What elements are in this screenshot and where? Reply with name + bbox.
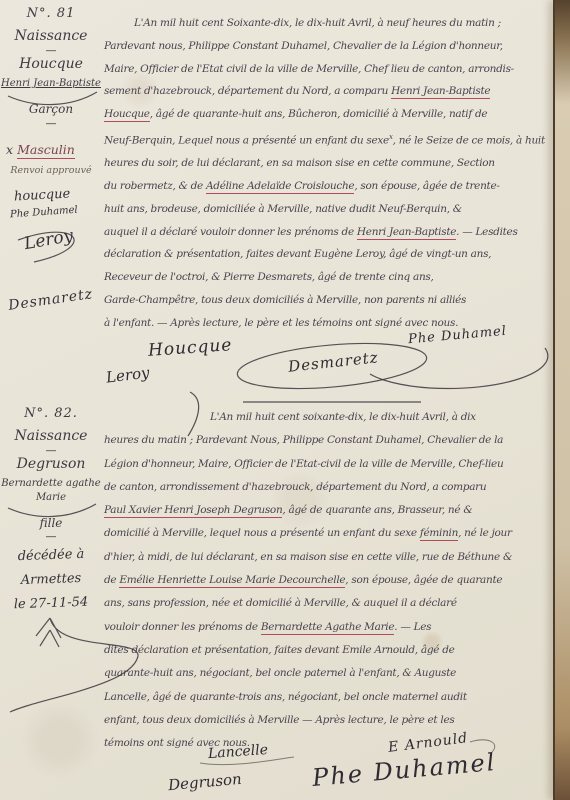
dash-separator: —	[0, 48, 102, 54]
register-page: N°. 81 Naissance — Houcque Henri Jean-Ba…	[0, 0, 570, 800]
signature-desmaretz: Desmaretz	[287, 348, 379, 375]
red-underlined-name: Emélie Henriette Louise Marie Decourchel…	[119, 574, 345, 588]
record-82-death-note-3: le 27-11-54	[0, 594, 102, 613]
act-text-line: heures du matin ; Pardevant Nous, Philip…	[104, 429, 556, 452]
record-82-surname: Degruson	[0, 456, 102, 472]
act-record-81: L'An mil huit cent Soixante-dix, le dix-…	[104, 12, 556, 335]
record-81-renvoi-annotation: xMasculin	[6, 142, 108, 157]
text-segment: sement d'hazebrouck, département du Nord…	[104, 85, 391, 97]
text-segment: de canton, arrondissement d'hazebrouck, …	[104, 481, 486, 493]
record-82-type: Naissance	[0, 428, 102, 444]
red-underlined-name: Bernardette Agathe Marie	[261, 621, 394, 635]
act-text-line: Receveur de l'octroi, & Pierre Desmarets…	[104, 266, 556, 289]
act-text-line: d'hier, à midi, de lui déclarant, en sa …	[104, 546, 556, 569]
record-82-given-names-1: Bernardette agathe	[0, 478, 102, 489]
book-binding-edge	[553, 0, 570, 800]
act-text-line: Garde-Champêtre, tous deux domiciliés à …	[104, 289, 556, 312]
text-segment: vouloir donner les prénoms de	[104, 621, 261, 633]
act-text-line: domicilié à Merville, lequel nous a prés…	[104, 522, 556, 545]
text-segment: du robermetz, & de	[104, 180, 206, 192]
act-text-line: huit ans, brodeuse, domiciliée à Mervill…	[104, 198, 556, 221]
text-segment: , âgé de quarante ans, Brasseur, né &	[282, 504, 472, 516]
record-81-renvoi-note: Renvoi approuvé	[0, 165, 102, 176]
record-82-death-note-2: Armettes	[0, 570, 102, 589]
signature-houcque: Houcque	[147, 335, 233, 361]
dash-separator: —	[0, 121, 102, 127]
text-segment: huit ans, brodeuse, domiciliée à Mervill…	[104, 203, 462, 215]
act-text-line: auquel il a déclaré vouloir donner les p…	[104, 221, 556, 244]
renvoi-cross-mark: x	[6, 142, 13, 157]
text-segment: Garde-Champêtre, tous deux domiciliés à …	[104, 294, 466, 306]
text-segment: domicilié à Merville, lequel nous a prés…	[104, 527, 420, 539]
renvoi-sex-correction: Masculin	[17, 142, 75, 159]
act-text-line: Légion d'honneur, Maire, Officier de l'E…	[104, 453, 556, 476]
record-82-death-note-1: décédée à	[0, 546, 102, 565]
act-text-line: dites déclaration et présentation, faite…	[104, 639, 556, 662]
text-segment: quarante-huit ans, négociant, bel oncle …	[104, 667, 456, 679]
record-82-number: N°. 82.	[0, 406, 102, 421]
text-segment: Neuf-Berquin, Lequel nous a présenté un …	[104, 134, 389, 146]
act-text-line: de Emélie Henriette Louise Marie Decourc…	[104, 569, 556, 592]
dash-separator: —	[0, 534, 102, 540]
margin-signature-houcque: houcque	[14, 187, 71, 205]
record-81-surname: Houcque	[0, 56, 102, 72]
act-text-line: Pardevant nous, Philippe Constant Duhame…	[104, 35, 556, 58]
text-segment: , né le Seize de ce mois, à huit	[393, 134, 545, 146]
margin-signature-desmaretz: Desmaretz	[7, 286, 94, 314]
duhamel-signature-flourish	[370, 348, 548, 389]
text-segment: Légion d'honneur, Maire, Officier de l'E…	[104, 458, 503, 470]
act-text-line: L'An mil huit cent Soixante-dix, le dix-…	[104, 12, 556, 35]
act-text-line: Maire, Officier de l'Etat civil de la vi…	[104, 58, 556, 81]
text-segment: déclaration & présentation, faites devan…	[104, 248, 491, 260]
text-segment: , son épouse, âgée de quarante	[345, 574, 502, 586]
record-82-sex: fille	[0, 516, 102, 530]
margin-signature-duhamel: Phe Duhamel	[10, 205, 78, 221]
text-segment: heures du soir, de lui déclarant, en sa …	[104, 157, 495, 169]
text-segment: heures du matin ; Pardevant Nous, Philip…	[104, 434, 503, 446]
red-underlined-name: Henri Jean-Baptiste	[357, 226, 456, 240]
act-text-line: déclaration & présentation, faites devan…	[104, 243, 556, 266]
act-text-line: Houcque, âgé de quarante-huit ans, Bûche…	[104, 103, 556, 126]
red-underlined-name: Paul Xavier Henri Joseph Degruson	[104, 504, 282, 518]
act-text-line: Lancelle, âgé de quarante-trois ans, nég…	[104, 686, 556, 709]
record-81-number: N°. 81	[0, 6, 102, 21]
act-text-line: de canton, arrondissement d'hazebrouck, …	[104, 476, 556, 499]
text-segment: . — Les	[394, 621, 431, 633]
signature-lancelle: Lancelle	[208, 742, 269, 762]
text-segment: d'hier, à midi, de lui déclarant, en sa …	[104, 551, 512, 563]
act-text-line: heures du soir, de lui déclarant, en sa …	[104, 152, 556, 175]
act-text-line: vouloir donner les prénoms de Bernardett…	[104, 616, 556, 639]
text-segment: Pardevant nous, Philippe Constant Duhame…	[104, 40, 503, 52]
act-record-82: L'An mil huit cent soixante-dix, le dix-…	[104, 406, 556, 755]
text-segment: de	[104, 574, 119, 586]
record-81-given-names: Henri Jean-Baptiste	[0, 78, 102, 89]
text-segment: ans, sans profession, née et domicilié à…	[104, 597, 457, 609]
text-segment: enfant, tous deux domiciliés à Merville …	[104, 714, 454, 726]
text-segment: auquel il a déclaré vouloir donner les p…	[104, 226, 357, 238]
text-segment: . — Lesdites	[456, 226, 517, 238]
act-text-line: enfant, tous deux domiciliés à Merville …	[104, 709, 556, 732]
text-segment: , âgé de quarante-huit ans, Bûcheron, do…	[150, 108, 488, 120]
text-segment: L'An mil huit cent Soixante-dix, le dix-…	[134, 17, 501, 29]
text-segment: L'An mil huit cent soixante-dix, le dix-…	[210, 411, 476, 423]
text-segment: dites déclaration et présentation, faite…	[104, 644, 455, 656]
text-segment: Receveur de l'octroi, & Pierre Desmarets…	[104, 271, 434, 283]
signature-leroy: Leroy	[105, 363, 150, 386]
text-segment: , son épouse, âgée de trente-	[354, 180, 499, 192]
act-text-line: quarante-huit ans, négociant, bel oncle …	[104, 662, 556, 685]
act-text-line: Neuf-Berquin, Lequel nous a présenté un …	[104, 126, 556, 152]
red-underlined-name: Houcque	[104, 108, 150, 122]
margin-column: N°. 81 Naissance — Houcque Henri Jean-Ba…	[0, 0, 102, 800]
red-underlined-name: Adéline Adelaïde Croislouche	[206, 180, 354, 194]
act-text-line: du robermetz, & de Adéline Adelaïde Croi…	[104, 175, 556, 198]
text-segment: , né le jour	[458, 527, 512, 539]
red-underlined-name: Henri Jean-Baptiste	[391, 85, 490, 99]
act-text-line: ans, sans profession, née et domicilié à…	[104, 592, 556, 615]
record-82-given-names-2: Marie	[0, 492, 102, 503]
record-81-type: Naissance	[0, 28, 102, 44]
text-segment: à l'enfant. — Après lecture, le père et …	[104, 317, 458, 329]
act-text-line: Paul Xavier Henri Joseph Degruson, âgé d…	[104, 499, 556, 522]
act-text-line: sement d'hazebrouck, département du Nord…	[104, 80, 556, 103]
margin-signature-leroy: Leroy	[23, 226, 75, 254]
act-text-line: L'An mil huit cent soixante-dix, le dix-…	[104, 406, 556, 429]
red-underlined-name: féminin	[420, 527, 458, 541]
text-segment: Maire, Officier de l'Etat civil de la vi…	[104, 63, 514, 75]
record-81-sex: Garçon	[0, 102, 102, 116]
text-segment: Lancelle, âgé de quarante-trois ans, nég…	[104, 691, 467, 703]
dash-separator: —	[0, 448, 102, 454]
signature-degruson: Degruson	[167, 770, 242, 794]
